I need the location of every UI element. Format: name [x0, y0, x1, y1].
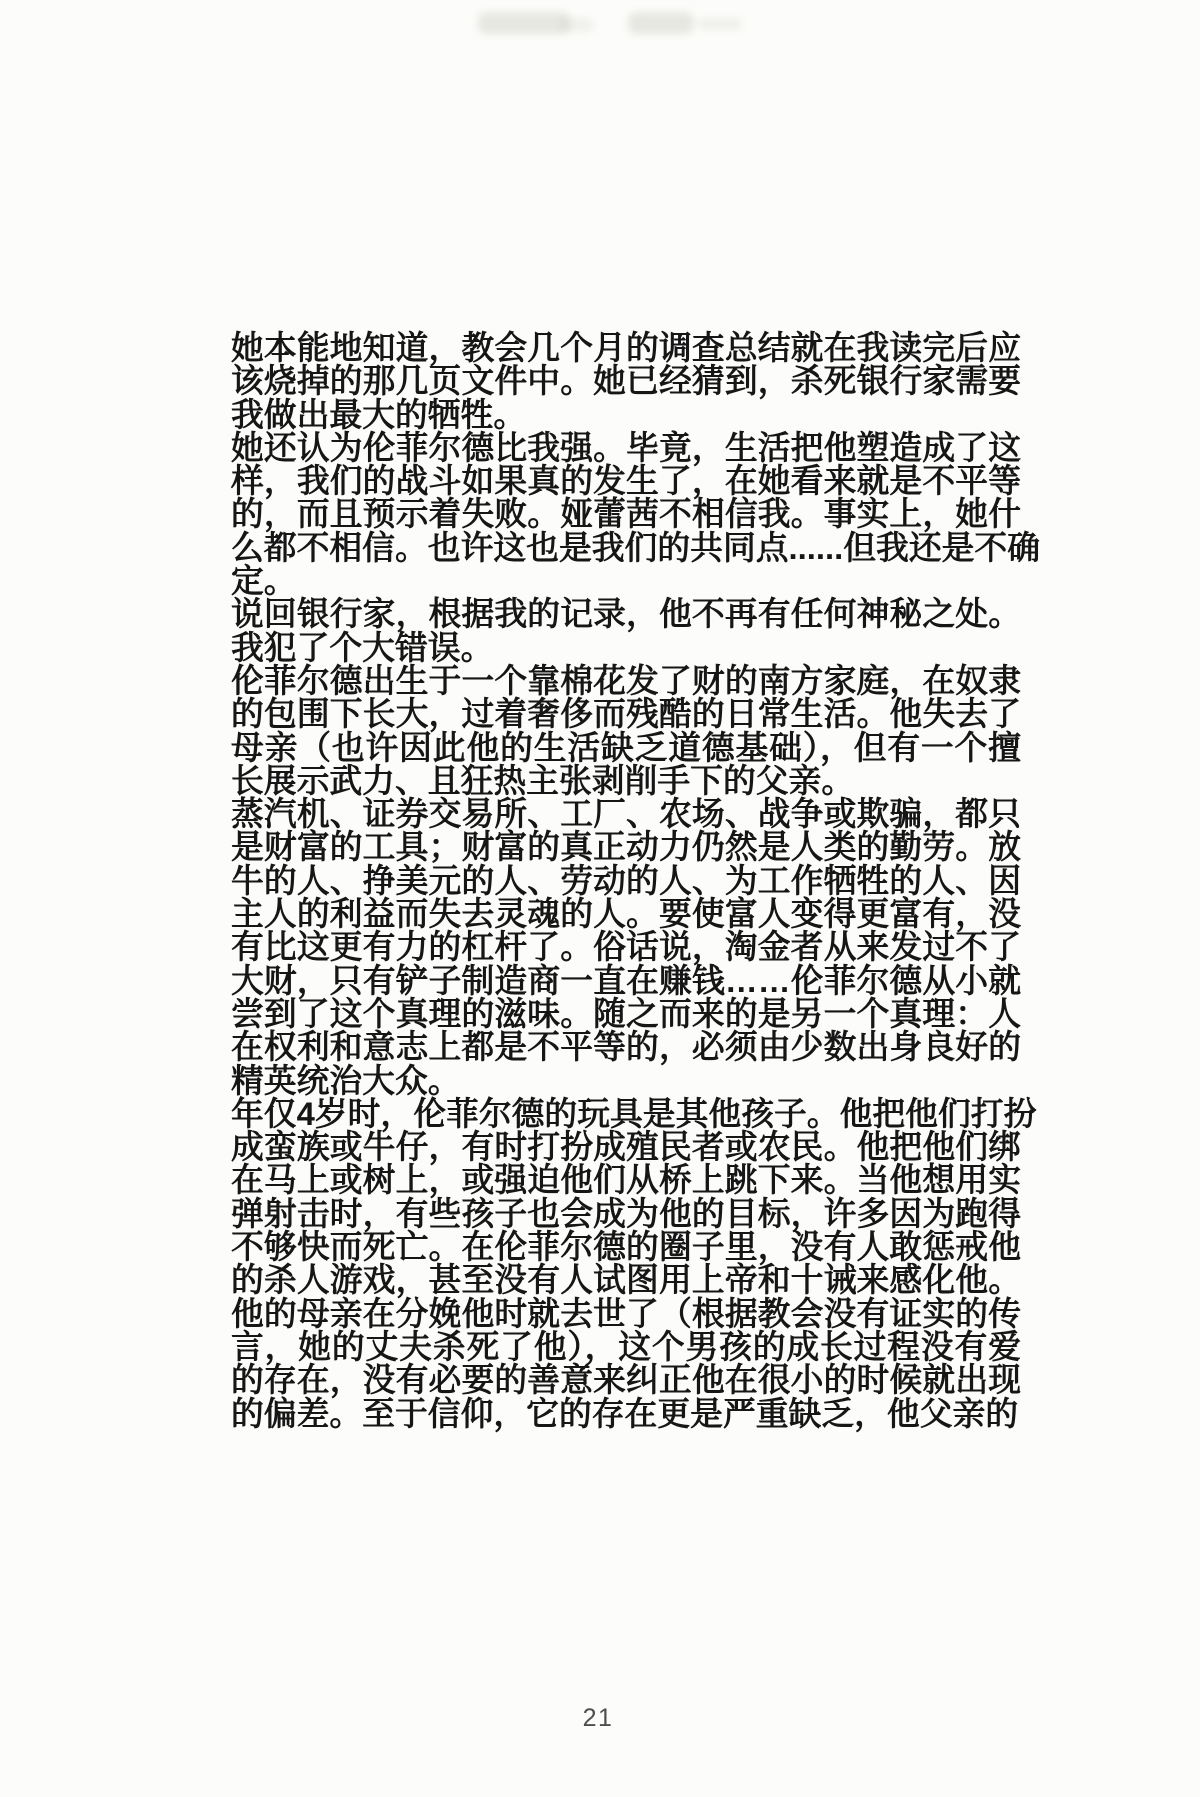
- paragraph: 说回银行家，根据我的记录，他不再有任何神秘之处。我犯了个大错误。: [231, 597, 1021, 664]
- scan-smudge: [628, 12, 694, 34]
- text-line: 她本能地知道，教会几个月的调查总结就在我读完后应: [231, 331, 1021, 364]
- text-line: 主人的利益而失去灵魂的人。要使富人变得更富有，没: [231, 897, 1021, 930]
- paragraph: 蒸汽机、证券交易所、工厂、农场、战争或欺骗，都只是财富的工具；财富的真正动力仍然…: [231, 797, 1021, 1097]
- text-line: 大财，只有铲子制造商一直在赚钱……伦菲尔德从小就: [231, 964, 1021, 997]
- text-line: 该烧掉的那几页文件中。她已经猜到，杀死银行家需要: [231, 364, 1021, 397]
- text-line: 有比这更有力的杠杆了。俗话说，淘金者从来发过不了: [231, 930, 1021, 963]
- scan-smudge: [560, 18, 594, 32]
- paragraph: 她本能地知道，教会几个月的调查总结就在我读完后应该烧掉的那几页文件中。她已经猜到…: [231, 331, 1021, 431]
- text-line: 她还认为伦菲尔德比我强。毕竟，生活把他塑造成了这: [231, 431, 1021, 464]
- text-block: 她本能地知道，教会几个月的调查总结就在我读完后应该烧掉的那几页文件中。她已经猜到…: [231, 331, 1021, 1430]
- text-line: 牛的人、挣美元的人、劳动的人、为工作牺牲的人、因: [231, 864, 1021, 897]
- page-number: 21: [0, 1704, 1196, 1733]
- text-line: 么都不相信。也许这也是我们的共同点......但我还是不确: [231, 531, 1021, 564]
- text-line: 不够快而死亡。在伦菲尔德的圈子里，没有人敢惩戒他: [231, 1230, 1021, 1263]
- text-line: 的包围下长大，过着奢侈而残酷的日常生活。他失去了: [231, 697, 1021, 730]
- paragraph: 伦菲尔德出生于一个靠棉花发了财的南方家庭，在奴隶的包围下长大，过着奢侈而残酷的日…: [231, 664, 1021, 797]
- scan-smudge: [698, 18, 742, 30]
- text-line: 成蛮族或牛仔，有时打扮成殖民者或农民。他把他们绑: [231, 1130, 1021, 1163]
- text-line: 弹射击时，有些孩子也会成为他的目标，许多因为跑得: [231, 1197, 1021, 1230]
- text-line: 在马上或树上，或强迫他们从桥上跳下来。当他想用实: [231, 1163, 1021, 1196]
- text-line: 的存在，没有必要的善意来纠正他在很小的时候就出现: [231, 1363, 1021, 1396]
- text-line: 母亲（也许因此他的生活缺乏道德基础），但有一个擅: [231, 731, 1021, 764]
- text-line: 我做出最大的牺牲。: [231, 398, 1021, 431]
- text-line: 言，她的丈夫杀死了他），这个男孩的成长过程没有爱: [231, 1330, 1021, 1363]
- scan-smudge: [478, 12, 570, 34]
- paragraph: 她还认为伦菲尔德比我强。毕竟，生活把他塑造成了这样，我们的战斗如果真的发生了，在…: [231, 431, 1021, 597]
- text-line: 定。: [231, 564, 1021, 597]
- text-line: 样，我们的战斗如果真的发生了，在她看来就是不平等: [231, 464, 1021, 497]
- text-line: 的偏差。至于信仰，它的存在更是严重缺乏，他父亲的: [231, 1397, 1021, 1430]
- text-line: 说回银行家，根据我的记录，他不再有任何神秘之处。: [231, 597, 1021, 630]
- text-line: 长展示武力、且狂热主张剥削手下的父亲。: [231, 764, 1021, 797]
- text-line: 尝到了这个真理的滋味。随之而来的是另一个真理：人: [231, 997, 1021, 1030]
- text-line: 精英统治大众。: [231, 1064, 1021, 1097]
- text-line: 他的母亲在分娩他时就去世了（根据教会没有证实的传: [231, 1297, 1021, 1330]
- text-line: 年仅4岁时，伦菲尔德的玩具是其他孩子。他把他们打扮: [231, 1097, 1021, 1130]
- text-line: 的，而且预示着失败。娅蕾茜不相信我。事实上，她什: [231, 497, 1021, 530]
- text-line: 是财富的工具；财富的真正动力仍然是人类的勤劳。放: [231, 830, 1021, 863]
- paragraph: 年仅4岁时，伦菲尔德的玩具是其他孩子。他把他们打扮成蛮族或牛仔，有时打扮成殖民者…: [231, 1097, 1021, 1430]
- text-line: 伦菲尔德出生于一个靠棉花发了财的南方家庭，在奴隶: [231, 664, 1021, 697]
- text-line: 在权利和意志上都是不平等的，必须由少数出身良好的: [231, 1030, 1021, 1063]
- text-line: 蒸汽机、证券交易所、工厂、农场、战争或欺骗，都只: [231, 797, 1021, 830]
- text-line: 我犯了个大错误。: [231, 631, 1021, 664]
- text-line: 的杀人游戏，甚至没有人试图用上帝和十诫来感化他。: [231, 1263, 1021, 1296]
- book-page: 她本能地知道，教会几个月的调查总结就在我读完后应该烧掉的那几页文件中。她已经猜到…: [0, 0, 1200, 1797]
